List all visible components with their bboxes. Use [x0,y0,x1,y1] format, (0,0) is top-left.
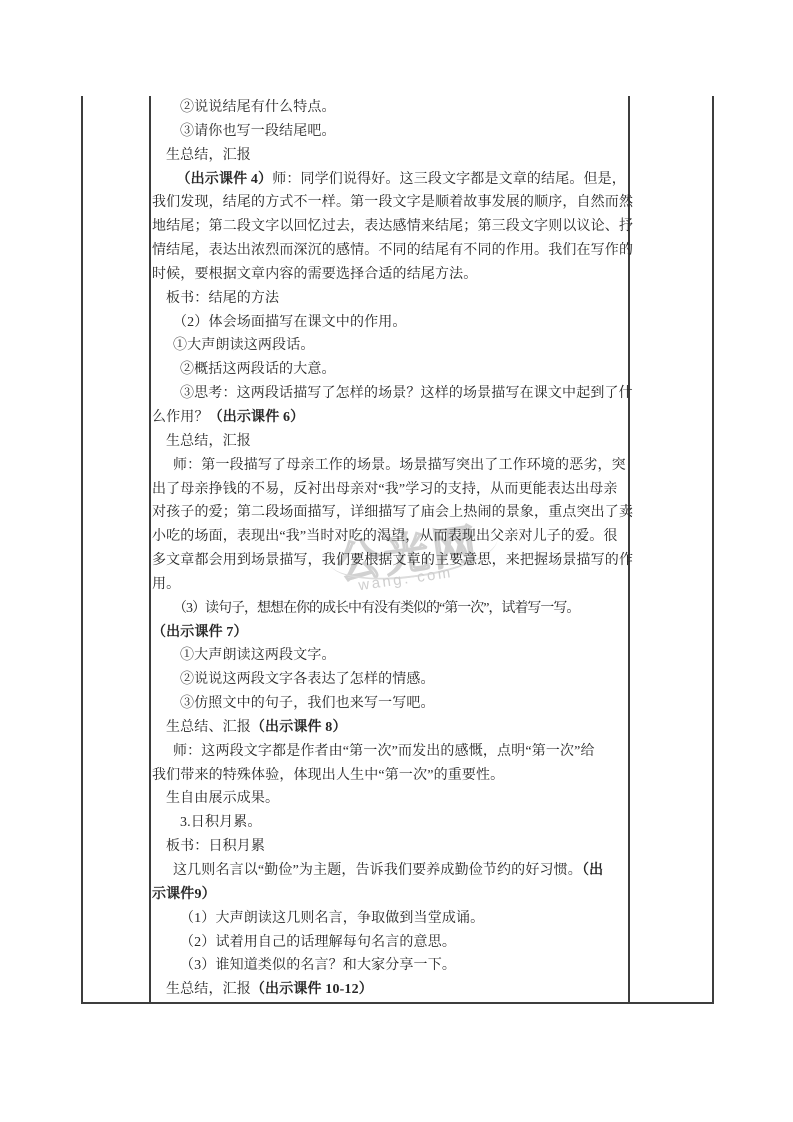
text-line: （出示课件 7） [152,621,628,645]
text-segment: 板书：结尾的方法 [166,291,279,306]
text-segment: 师：同学们说得好。这三段文字都是文章的结尾。但是， [272,172,626,187]
text-segment: 生总结，汇报 [166,982,251,997]
bold-text-segment: （出示课件 10-12） [251,982,373,997]
document-page: 公光网 wang. com ②说说结尾有什么特点。③请你也写一段结尾吧。生总结，… [0,0,793,1122]
text-line: 这几则名言以“勤俭”为主题，告诉我们要养成勤俭节约的好习惯。（出 [152,859,628,883]
text-line: 生总结，汇报 [152,430,628,454]
text-line: ③仿照文中的句子，我们也来写一写吧。 [152,692,628,716]
text-line: 小吃的场面，表现出“我”当时对吃的渴望，从而表现出父亲对儿子的爱。很 [152,525,628,549]
text-segment: 我们带来的特殊体验，体现出人生中“第一次”的重要性。 [152,768,504,783]
text-segment: ②说说结尾有什么特点。 [180,100,336,115]
text-line: ②说说结尾有什么特点。 [152,96,628,120]
text-segment: 这几则名言以“勤俭”为主题，告诉我们要养成勤俭节约的好习惯。 [173,863,582,878]
text-line: 生总结，汇报（出示课件 10-12） [152,978,628,1002]
text-line: （3）读句子，想想在你的成长中有没有类似的“第一次”，试着写一写。 [152,597,628,621]
text-segment: 3.日积月累。 [180,815,262,830]
text-line: （2）试着用自己的话理解每句名言的意思。 [152,931,628,955]
bold-text-segment: （出 [582,863,603,878]
text-segment: 么作用？ [152,410,209,425]
text-segment: 地结尾；第二段文字以回忆过去，表达感情来结尾；第三段文字则以议论、抒 [152,219,633,234]
text-segment: 生自由展示成果。 [166,791,279,806]
text-line: 师：这两段文字都是作者由“第一次”而发出的感慨，点明“第一次”给 [152,740,628,764]
text-segment: ②概括这两段话的大意。 [180,362,336,377]
text-segment: （2）试着用自己的话理解每句名言的意思。 [180,935,456,950]
text-line: ①大声朗读这两段话。 [152,334,628,358]
text-segment: 生总结，汇报 [166,434,251,449]
text-segment: （1）大声朗读这几则名言，争取做到当堂成诵。 [180,911,484,926]
text-line: 生自由展示成果。 [152,787,628,811]
table-column-main-text: ②说说结尾有什么特点。③请你也写一段结尾吧。生总结，汇报（出示课件 4）师：同学… [151,96,630,1002]
text-line: 我们发现，结尾的方式不一样。第一段文字是顺着故事发展的顺序，自然而然 [152,191,628,215]
text-segment: 对孩子的爱；第二段场面描写，详细描写了庙会上热闹的景象，重点突出了卖 [152,505,633,520]
text-segment: 时候，要根据文章内容的需要选择合适的结尾方法。 [152,267,477,282]
text-line: ②说说这两段文字各表达了怎样的情感。 [152,668,628,692]
text-line: 3.日积月累。 [152,811,628,835]
text-line: 出了母亲挣钱的不易，反衬出母亲对“我”学习的支持，从而更能表达出母亲 [152,478,628,502]
text-line: ②概括这两段话的大意。 [152,358,628,382]
text-segment: ③仿照文中的句子，我们也来写一写吧。 [180,696,435,711]
text-segment: 多文章都会用到场景描写，我们要根据文章的主要意思，来把握场景描写的作 [152,553,633,568]
table-column-left-empty [83,96,151,1002]
bold-text-segment: （出示课件 7） [152,625,248,640]
text-line: （1）大声朗读这几则名言，争取做到当堂成诵。 [152,907,628,931]
text-segment: ③请你也写一段结尾吧。 [180,124,336,139]
text-line: 用。 [152,573,628,597]
text-segment: 小吃的场面，表现出“我”当时对吃的渴望，从而表现出父亲对儿子的爱。很 [152,529,618,544]
text-segment: 情结尾，表达出浓烈而深沉的感情。不同的结尾有不同的作用。我们在写作的 [152,243,633,258]
text-line: 多文章都会用到场景描写，我们要根据文章的主要意思，来把握场景描写的作 [152,549,628,573]
text-segment: 师：第一段描写了母亲工作的场景。场景描写突出了工作环境的恶劣，突 [173,458,626,473]
text-segment: 出了母亲挣钱的不易，反衬出母亲对“我”学习的支持，从而更能表达出母亲 [152,482,618,497]
table-column-right-empty [630,96,712,1002]
text-line: 生总结，汇报 [152,144,628,168]
text-segment: 师：这两段文字都是作者由“第一次”而发出的感慨，点明“第一次”给 [173,744,595,759]
text-line: （出示课件 4）师：同学们说得好。这三段文字都是文章的结尾。但是， [152,168,628,192]
text-segment: （3）读句子，想想在你的成长中有没有类似的“第一次”，试着写一写。 [173,601,579,616]
lesson-plan-table: ②说说结尾有什么特点。③请你也写一段结尾吧。生总结，汇报（出示课件 4）师：同学… [81,96,714,1004]
text-segment: ①大声朗读这两段文字。 [180,648,336,663]
text-line: ①大声朗读这两段文字。 [152,644,628,668]
text-segment: 我们发现，结尾的方式不一样。第一段文字是顺着故事发展的顺序，自然而然 [152,195,633,210]
text-line: ③请你也写一段结尾吧。 [152,120,628,144]
text-segment: 生总结、汇报 [166,720,251,735]
text-line: 地结尾；第二段文字以回忆过去，表达感情来结尾；第三段文字则以议论、抒 [152,215,628,239]
text-line: 么作用？（出示课件 6） [152,406,628,430]
text-segment: ②说说这两段文字各表达了怎样的情感。 [180,672,435,687]
bold-text-segment: （出示课件 6） [209,410,305,425]
text-line: 板书：结尾的方法 [152,287,628,311]
text-segment: ①大声朗读这两段话。 [173,338,315,353]
text-line: （3）谁知道类似的名言？和大家分享一下。 [152,954,628,978]
text-line: ③思考：这两段话描写了怎样的场景？这样的场景描写在课文中起到了什 [152,382,628,406]
text-line: 生总结、汇报（出示课件 8） [152,716,628,740]
text-line: 对孩子的爱；第二段场面描写，详细描写了庙会上热闹的景象，重点突出了卖 [152,501,628,525]
text-line: 我们带来的特殊体验，体现出人生中“第一次”的重要性。 [152,764,628,788]
text-line: 师：第一段描写了母亲工作的场景。场景描写突出了工作环境的恶劣，突 [152,454,628,478]
bold-text-segment: （出示课件 4） [177,172,273,187]
text-segment: 用。 [152,577,180,592]
text-line: 示课件9） [152,883,628,907]
text-segment: 板书：日积月累 [166,839,265,854]
text-segment: （2）体会场面描写在课文中的作用。 [173,315,407,330]
text-line: 板书：日积月累 [152,835,628,859]
text-segment: ③思考：这两段话描写了怎样的场景？这样的场景描写在课文中起到了什 [180,386,633,401]
document-lines: ②说说结尾有什么特点。③请你也写一段结尾吧。生总结，汇报（出示课件 4）师：同学… [151,96,628,1002]
bold-text-segment: 示课件9） [152,887,216,902]
text-line: （2）体会场面描写在课文中的作用。 [152,311,628,335]
text-segment: 生总结，汇报 [166,148,251,163]
bold-text-segment: （出示课件 8） [251,720,347,735]
text-line: 情结尾，表达出浓烈而深沉的感情。不同的结尾有不同的作用。我们在写作的 [152,239,628,263]
text-line: 时候，要根据文章内容的需要选择合适的结尾方法。 [152,263,628,287]
text-segment: （3）谁知道类似的名言？和大家分享一下。 [180,958,456,973]
